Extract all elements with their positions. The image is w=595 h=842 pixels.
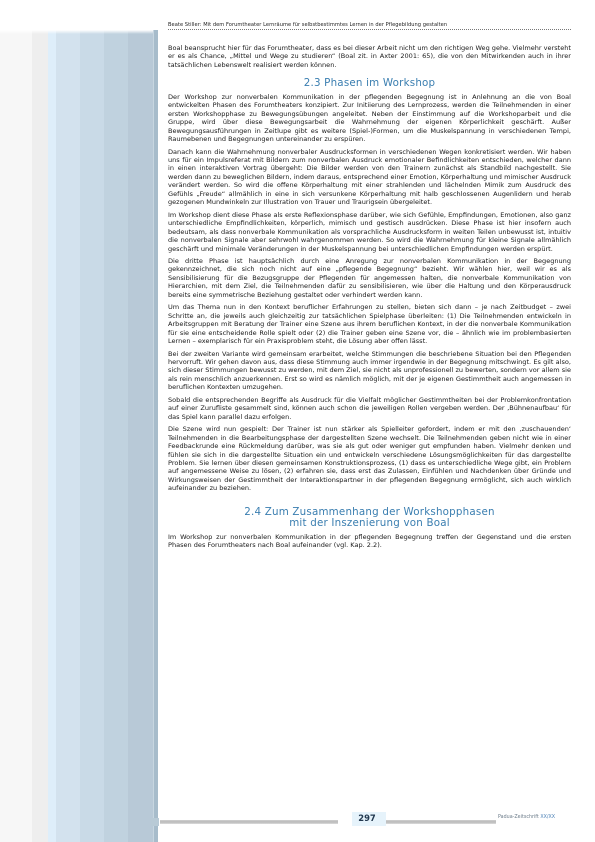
section-heading-line-2: mit der Inszenierung von Boal xyxy=(168,518,571,530)
stripe xyxy=(104,30,128,842)
paragraph: Die Szene wird nun gespielt: Der Trainer… xyxy=(168,425,571,493)
footer-volume: XX/XX xyxy=(540,815,555,820)
footer-series-label: Padua-Zeitschrift xyxy=(498,815,539,820)
stripe xyxy=(0,30,32,842)
paragraph: Der Workshop zur nonverbalen Kommunikati… xyxy=(168,93,571,144)
paragraph: Im Workshop dient diese Phase als erste … xyxy=(168,211,571,253)
page-content: Boal beansprucht hier für das Forumtheat… xyxy=(168,44,571,554)
paragraph: Sobald die entsprechenden Begriffe als A… xyxy=(168,396,571,421)
stripe-edge-bar xyxy=(153,30,158,842)
paragraph: Die dritte Phase ist hauptsächlich durch… xyxy=(168,257,571,299)
section-heading-text: 2.3 Phasen im Workshop xyxy=(168,78,571,90)
footer-rule-right xyxy=(386,820,496,824)
paragraph: Danach kann die Wahrnehmung nonverbaler … xyxy=(168,148,571,207)
stripe-top-fade xyxy=(0,30,157,34)
paragraph: Um das Thema nun in den Kontext beruflic… xyxy=(168,303,571,345)
stripe xyxy=(56,30,80,842)
page-number: 297 xyxy=(352,813,382,823)
stripe xyxy=(48,30,56,842)
section-heading-2-4: 2.4 Zum Zusammenhang der Workshopphasen … xyxy=(168,507,571,530)
stripe xyxy=(32,30,48,842)
footer-series-reference: Padua-Zeitschrift XX/XX xyxy=(498,815,555,820)
section-heading-2-3: 2.3 Phasen im Workshop xyxy=(168,78,571,90)
stripe-edge-notch xyxy=(151,818,159,826)
stripe xyxy=(80,30,104,842)
footer-rule-left xyxy=(160,820,338,824)
running-header: Beate Stiller: Mit dem Forumtheater Lern… xyxy=(168,22,571,30)
paragraph: Bei der zweiten Variante wird gemeinsam … xyxy=(168,350,571,392)
intro-paragraph: Boal beansprucht hier für das Forumtheat… xyxy=(168,44,571,69)
paragraph: Im Workshop zur nonverbalen Kommunikatio… xyxy=(168,533,571,550)
decorative-side-stripes xyxy=(0,30,157,842)
